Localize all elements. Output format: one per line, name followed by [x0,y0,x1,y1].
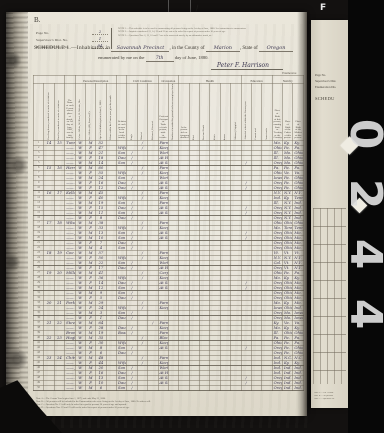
entry-cell: —— James K. [65,366,75,371]
census-page-content: B. Page No. 2 Supervisor's Dist. No. 1 E… [28,12,307,416]
entry-cell: Ohio [283,281,293,286]
entry-cell: Works on Farm [158,176,168,181]
entry-cell: Ohio [283,221,293,226]
entry-cell: Daughter [117,241,127,246]
entry-cell: —— Albert [65,211,75,216]
film-frame-digit: 2 [338,176,384,212]
entry-cell: Oregon [272,181,282,186]
entry-cell: At School [158,281,168,286]
entry-cell: At School [158,181,168,186]
entry-cell: —— Ida May [65,206,75,211]
column-header-label: Insane [224,134,227,140]
state-value: Oregon [259,45,293,52]
entry-cell: Keeping House [158,196,168,201]
entry-cell: Oregon [272,241,282,246]
entry-cell: Miller Henry [65,271,75,276]
supervisor-dist-row: Supervisor's Dist. No. 1 [36,35,108,42]
entry-cell: Daughter [117,216,127,221]
entry-cell: At Home [158,266,168,271]
entry-cell [106,386,116,391]
entry-cell [179,386,189,391]
entry-cell: —— Eliza [65,256,75,261]
entry-cell: —— Christina [65,276,75,281]
entry-cell: Ind. [283,376,293,381]
column-header-label: The Name of each Person whose place of a… [65,100,74,140]
entry-cell: —— Laura [65,381,75,386]
place-name-value: Savannah Precinct [111,45,169,52]
enumerated-line: enumerated by me on the 7th day of June,… [98,55,209,62]
entry-cell: —— Walter [65,386,75,391]
entry-cell: Ohio [272,271,282,276]
entry-cell [137,386,147,391]
instruction-fine-print: NOTE 1.—This schedule is to be used in e… [118,27,304,37]
header-row: Dwelling-houses, numbered in order of vi… [34,84,304,141]
entry-cell: Oregon [272,291,282,296]
column-header-label: Blind [193,135,196,140]
entry-cell: Coe D. B. [65,251,75,256]
entry-cell: Son [117,201,127,206]
day-value: 7th [146,56,174,62]
entry-cell: Mo. [272,276,282,281]
entry-cell: Son [117,366,127,371]
column-header: Deaf and Dumb [200,84,210,141]
entry-cell: At School [158,211,168,216]
entry-cell: Mo. [272,141,282,146]
entry-cell: Farmer [158,321,168,326]
entry-cell: N.Y. [272,256,282,261]
entry-cell: Farmer [158,301,168,306]
film-frame-digit: 4 [338,236,384,272]
table-row: 50—— WalterWM6Son/OregonInd.Ind. [34,386,304,391]
entry-cell: Ohio [283,331,293,336]
column-header-label: Widowed, Divorced [152,121,155,140]
entry-cell: Keeping House [158,256,168,261]
column-header: Place of Birth of this person, naming St… [272,84,282,141]
entry-cell: At School [158,346,168,351]
column-header [34,84,44,141]
entry-cell: Oregon [272,346,282,351]
entry-cell: —— Ella [65,306,75,311]
column-header: Sex—Males (M), Females (F). [85,84,95,141]
state-label: , State of [240,46,258,51]
entry-cell: —— Sarah J. [65,196,75,201]
entry-cell: —— Albert G. [65,376,75,381]
entry-cell: Daughter [117,206,127,211]
column-header-label: Cannot write [266,128,269,140]
entry-cell: Oregon [272,216,282,221]
entry-cell: —— Emmeline [65,156,75,161]
entry-cell: N.Y. [283,201,293,206]
entry-cell: Carpenter [158,271,168,276]
entry-cell: N.Y. [283,211,293,216]
column-group-header [34,76,65,84]
column-header: Cannot write [262,84,272,141]
column-header-label: Is the person sick or temporarily disabl… [179,127,188,140]
entry-cell: Oregon [272,231,282,236]
entry-cell: At School [158,186,168,191]
entry-cell: Farm Laborer [158,201,168,206]
entry-cell: Wife [117,276,127,281]
entry-cell: —— Mary A. [65,171,75,176]
entry-cell: Farmer [158,191,168,196]
entry-cell: Ohio [283,241,293,246]
entry-cell: Keeps House [158,326,168,331]
entry-cell: Oregon [272,281,282,286]
entry-cell: Son [117,176,127,181]
census-table-body: 11415Tunnell Wm. H.WM52/FarmerMo.Ky.Ky.2… [34,141,304,391]
entry-cell: —— Susan [65,361,75,366]
entry-cell: Mo. [283,161,293,166]
entry-cell: —— Nellie [65,216,75,221]
column-header-label: Cannot read [255,128,258,140]
entry-cell: —— Martha [65,326,75,331]
entry-cell: Harris Jacob [65,166,75,171]
entry-cell: Wife [117,171,127,176]
entry-cell: Blacksmith [158,336,168,341]
entry-cell: —— John [65,151,75,156]
column-header: Age at last birthday prior to June 1, 18… [96,84,106,141]
entry-cell: Ohio [283,291,293,296]
entry-cell: —— Emma [65,296,75,301]
entry-cell: Mo. [272,326,282,331]
next-page-schedule-word: SCHEDU [315,96,347,102]
entry-cell: Boarder [117,331,127,336]
entry-cell [251,386,261,391]
entry-cell [241,386,251,391]
column-header: Number of months this person has been un… [168,84,178,141]
entry-cell: Wife [117,146,127,151]
column-header: Married [137,84,147,141]
entry-cell: Son [117,386,127,391]
column-header-label: Married [141,132,144,140]
entry-cell: —— Cora B. [65,316,75,321]
entry-cell: Ind. [272,356,282,361]
entry-cell: Tenn. [283,226,293,231]
entry-cell: Ind. [283,386,293,391]
entry-cell [210,386,220,391]
column-header-label: Single [131,134,134,140]
entry-cell [54,386,64,391]
entry-cell: N.C. [283,356,293,361]
entry-cell: W [75,386,85,391]
column-header-label: Idiotic [214,134,217,140]
entry-cell: Son [117,261,127,266]
column-header: If born within the Census year, give the… [106,84,116,141]
column-header-label: If born within the Census year, give the… [110,95,113,140]
column-group-header: Occupation [158,76,179,84]
column-header-label: Place of Birth of this person, naming St… [273,110,282,140]
film-frame-digit: 0 [338,116,384,152]
entry-cell: Parker Jas. R. [65,301,75,306]
entry-cell: Ohio [272,171,282,176]
entry-cell: Wife [117,361,127,366]
entry-cell: Ind. [272,361,282,366]
page-left-edge [6,12,28,416]
column-header: Families, numbered in order of visitatio… [54,84,64,141]
fine-print-line: NOTE 3.—Questions Nos. 6, 11, 16 and 17 … [118,34,304,37]
entry-cell: M [85,386,95,391]
page-no-label: Page No. [36,31,49,35]
entry-cell: Daughter [117,156,127,161]
entry-cell: Daughter [117,181,127,186]
entry-cell: 6 [96,386,106,391]
entry-cell: Wife [117,256,127,261]
entry-cell: Son [117,291,127,296]
entry-cell: Daughter [117,316,127,321]
entry-cell: —— Charley [65,311,75,316]
entry-cell [231,386,241,391]
column-header: Attended school within the Census year. [241,84,251,141]
census-page: B. Page No. 2 Supervisor's Dist. No. 1 E… [6,12,307,416]
next-page-footnotes: Note A.—The CensusNote B.—All personsNot… [314,392,344,400]
column-header: Blind [189,84,199,141]
entry-cell: Daughter [117,371,127,376]
entry-cell: Keeping House [158,306,168,311]
entry-cell: —— Minnie [65,186,75,191]
entry-cell: N.Y. [283,206,293,211]
entry-cell: Farm Laborer [158,331,168,336]
entry-cell: Cal. [272,261,282,266]
entry-cell: Daughter [117,266,127,271]
column-header: Insane [220,84,230,141]
entry-cell: —— Geo. W. [65,201,75,206]
film-edge-letter: F [320,3,326,13]
entry-cell: Works on Farm [158,366,168,371]
entry-cell: Farmer [158,221,168,226]
page-number-row: Page No. 2 [36,28,108,35]
column-header-label: Color—White, W; Black, B; Mulatto, Mu. [79,99,82,140]
entry-cell: Wife [117,341,127,346]
corner-letter: B. [34,16,40,24]
entry-cell: —— Edgar [65,246,75,251]
entry-cell: Tunnell Wm. H. [65,141,75,146]
entry-cell: Oregon [272,376,282,381]
entry-cell [189,386,199,391]
header-group-row: Personal DescriptionCivil ConditionOccup… [34,76,304,84]
entry-cell: Son [117,346,127,351]
entry-cell: At School [158,161,168,166]
entry-cell: Oregon [272,311,282,316]
entry-cell: —— Hattie [65,266,75,271]
entry-cell: Ohio [283,246,293,251]
column-header: Relationship of each person to the head … [117,84,127,141]
schedule-title-line: SCHEDULE 1.—Inhabitants in Savannah Prec… [34,45,304,52]
entry-cell [200,386,210,391]
next-page-sliver: Page No.Supervisor's Dist.Enumeration Di… [311,20,348,408]
entry-cell: Daughter [117,326,127,331]
entry-cell: Ind. [272,366,282,371]
entry-cell: —— J. Thos. [65,231,75,236]
entry-cell [220,386,230,391]
next-page-footnote-line: Note C.—Question No. [314,398,344,401]
entry-cell: Keeping House [158,146,168,151]
column-group-header: Personal Description [75,76,117,84]
entry-cell: Oregon [272,211,282,216]
entry-cell: Son [117,211,127,216]
entry-cell: Daughter [117,281,127,286]
entry-cell: —— Alice [65,181,75,186]
entry-cell: Ohio [283,306,293,311]
footnotes: Note A.—The Census Year begins June 1, 1… [36,397,298,409]
entry-cell: Wife [117,306,127,311]
entry-cell: Oregon [272,246,282,251]
entry-cell: At School [158,231,168,236]
column-header: Cannot read [251,84,261,141]
entry-cell: Mo. [283,156,293,161]
entry-cell [262,386,272,391]
entry-cell: At School [158,236,168,241]
entry-cell: Ind. [272,371,282,376]
entry-cell: Farmer [158,356,168,361]
day-label: day of June, 1880. [175,55,209,60]
entry-cell: N.Y. [283,256,293,261]
film-frame-digit: 4 [338,296,384,332]
entry-cell: Chitwood Eli [65,356,75,361]
entry-cell: Oregon [272,296,282,301]
enumerator-signature: Peter F. Harrison [211,62,283,70]
film-edge-strip: 0244 [348,0,384,433]
page-fold-shadow [297,12,307,416]
entry-cell: Ohio [283,286,293,291]
entry-cell: Hughes Owen [65,336,75,341]
entry-cell: Son [117,286,127,291]
entry-cell: —— Otto [65,291,75,296]
entry-cell: Farmer [158,141,168,146]
entry-cell: Ohio [283,231,293,236]
entry-cell: Son [117,311,127,316]
enumerated-label: enumerated by me on the [98,55,144,60]
column-header-label: Relationship of each person to the head … [117,121,126,140]
supervisor-dist-value: 1 [92,36,108,42]
entry-cell: Ohio [283,236,293,241]
column-header: Single [127,84,137,141]
column-header-label: Deaf and Dumb [203,125,206,140]
entry-cell: Mo. [283,151,293,156]
entry-cell: —— Frank B. [65,261,75,266]
column-header: Idiotic [210,84,220,141]
entry-cell: —— Margaret [65,341,75,346]
column-header: Profession, Occupation, or Trade of each… [158,84,168,141]
county-label: , in the County of [169,46,204,51]
entry-cell: —— Herman [65,286,75,291]
entry-cell: Oregon [272,381,282,386]
entry-cell: Mo. [272,226,282,231]
entry-cell [148,386,158,391]
entry-cell: At School [158,376,168,381]
entry-cell: —— Mary E. [65,371,75,376]
entry-cell: Daughter [117,186,127,191]
entry-cell: Keeping House [158,171,168,176]
entry-cell: Son [117,151,127,156]
entry-cell: Farmer [158,166,168,171]
entry-cell: Works on Farm [158,151,168,156]
entry-cell: Wife [117,226,127,231]
entry-cell: —— Nancy [65,226,75,231]
entry-cell: Ind. [272,196,282,201]
entry-cell [158,386,168,391]
entry-cell: —— Rosa [65,241,75,246]
entry-cell: Brown Geo. [65,331,75,336]
column-header-label: Dwelling-houses, numbered in order of vi… [48,92,51,140]
entry-cell: At Home [158,371,168,376]
supervisor-dist-label: Supervisor's Dist. No. [36,38,68,42]
entry-cell: At Home [158,156,168,161]
entry-cell: Oregon [272,161,282,166]
census-table: Personal DescriptionCivil ConditionOccup… [33,75,304,391]
next-page-header-lines: Page No.Supervisor's Dist.Enumeration Di… [315,72,347,102]
column-header-label: Place of Birth of the Father of this per… [283,121,292,140]
column-header-label: Maimed, Crippled [235,122,238,140]
entry-cell: —— Annie [65,351,75,356]
entry-cell: Oregon [272,351,282,356]
entry-cell: Iowa [272,306,282,311]
column-header: Widowed, Divorced [148,84,158,141]
entry-cell: Son [117,161,127,166]
entry-cell: Iowa [272,176,282,181]
entry-cell: —— Chas. E. [65,176,75,181]
column-header: Maimed, Crippled [231,84,241,141]
entry-cell: Ohio [272,341,282,346]
entry-cell: Daughter [117,296,127,301]
entry-cell: / [127,386,137,391]
entry-cell: Wilson John [65,221,75,226]
entry-cell: Oregon [272,316,282,321]
column-header-label: Families, numbered in order of visitatio… [58,100,61,140]
column-header: Is the person sick or temporarily disabl… [179,84,189,141]
column-header: Place of Birth of the Father of this per… [283,84,293,141]
county-value: Marion [206,45,240,52]
column-header: Color—White, W; Black, B; Mulatto, Mu. [75,84,85,141]
entry-cell: Ind. [283,366,293,371]
entry-cell: Stevens Wm. [65,321,75,326]
entry-cell: Daughter [117,351,127,356]
entry-cell: Son [117,246,127,251]
entry-cell: N.Y. [272,191,282,196]
entry-cell: Mo. [283,311,293,316]
entry-cell: Mo. [283,316,293,321]
entry-cell: —— David [65,346,75,351]
entry-cell: Ohio [272,221,282,226]
column-header-label: Number of months this person has been un… [172,86,175,140]
column-header-label: Sex—Males (M), Females (F). [89,111,92,140]
column-group-header: Education [241,76,272,84]
entry-cell: Keeping House [158,276,168,281]
column-group-header: Civil Condition [127,76,158,84]
entry-cell: Son [117,231,127,236]
entry-cell: Mo. [272,301,282,306]
signature-row: Peter F. Harrison [211,62,283,69]
column-header-label: Age at last birthday prior to June 1, 18… [100,100,103,140]
entry-cell: Oregon [272,266,282,271]
entry-cell: Oregon [272,386,282,391]
entry-cell: Ohio [283,296,293,301]
entry-cell: Ind. [283,371,293,376]
schedule-prefix: SCHEDULE 1.—Inhabitants in [34,45,110,51]
entry-cell: Keeping House [158,341,168,346]
entry-cell: —— Louisa [65,281,75,286]
entry-cell: Kellogg Saml. [65,191,75,196]
microfilm-frame: F B. Page No. 2 Supervisor's Dist. No. 1… [0,0,384,433]
entry-cell: Wife [117,196,127,201]
entry-cell: N.Y. [283,216,293,221]
entry-cell: —— Willie [65,236,75,241]
column-header-label: Attended school within the Census year. [245,101,248,140]
entry-cell: At School [158,206,168,211]
entry-cell: Ohio [272,146,282,151]
entry-cell: Ind. [283,381,293,386]
row-number-cell: 50 [34,386,44,391]
entry-cell: Son [117,236,127,241]
